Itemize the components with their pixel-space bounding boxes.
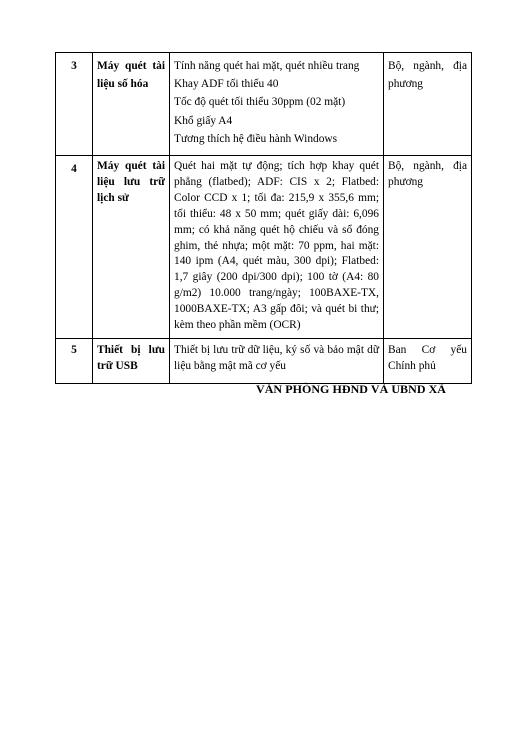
document-page: 3 Máy quét tài liệu số hóa Tính năng qué… <box>0 0 513 735</box>
equipment-name: Máy quét tài liệu số hóa <box>93 53 170 156</box>
description-line: Tính năng quét hai mặt, quét nhiều trang <box>174 57 379 75</box>
table-row: 4 Máy quét tài liệu lưu trữ lịch sử Quét… <box>56 156 472 339</box>
equipment-description: Tính năng quét hai mặt, quét nhiều trang… <box>170 53 384 156</box>
equipment-description: Thiết bị lưu trữ dữ liệu, ký số và bảo m… <box>170 338 384 383</box>
responsible-organization: Bộ, ngành, địa phương <box>384 156 472 339</box>
description-line: Tương thích hệ điều hành Windows <box>174 130 379 148</box>
equipment-spec-table: 3 Máy quét tài liệu số hóa Tính năng qué… <box>55 52 472 384</box>
description-line: Tốc độ quét tối thiểu 30ppm (02 mặt) <box>174 93 379 111</box>
description-line: Khổ giấy A4 <box>174 112 379 130</box>
row-number: 4 <box>56 156 93 339</box>
description-line: Khay ADF tối thiểu 40 <box>174 75 379 93</box>
responsible-organization: Bộ, ngành, địa phương <box>384 53 472 156</box>
responsible-organization: Ban Cơ yếu Chính phủ <box>384 338 472 383</box>
table-row: 5 Thiết bị lưu trữ USB Thiết bị lưu trữ … <box>56 338 472 383</box>
row-number: 3 <box>56 53 93 156</box>
row-number: 5 <box>56 338 93 383</box>
signature-title: VĂN PHÒNG HĐND VÀ UBND XÃ <box>256 382 446 397</box>
table-row: 3 Máy quét tài liệu số hóa Tính năng qué… <box>56 53 472 156</box>
equipment-description: Quét hai mặt tự động; tích hợp khay quét… <box>170 156 384 339</box>
equipment-name: Máy quét tài liệu lưu trữ lịch sử <box>93 156 170 339</box>
equipment-name: Thiết bị lưu trữ USB <box>93 338 170 383</box>
